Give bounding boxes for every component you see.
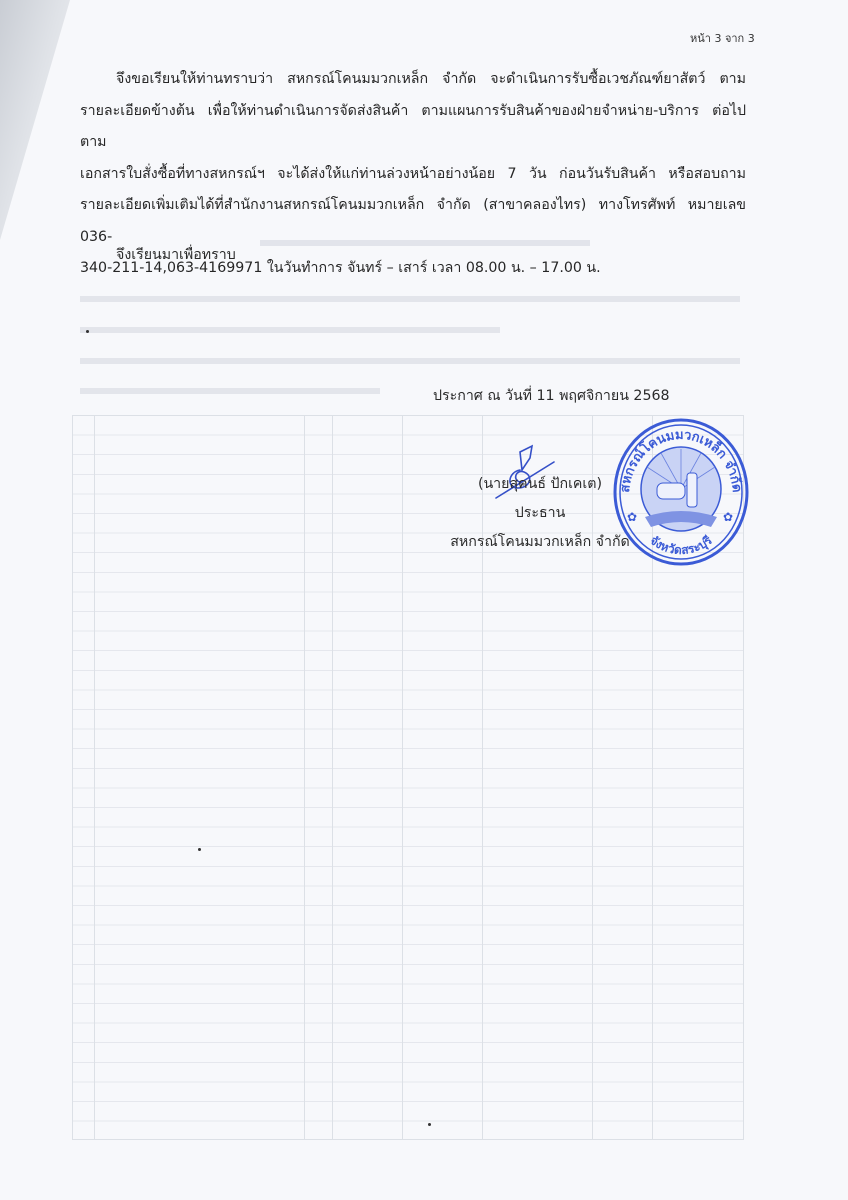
body-line: รายละเอียดข้างต้น เพื่อให้ท่านดำเนินการจ… [80, 96, 746, 159]
bleed-through-line [80, 327, 500, 333]
bleed-through-line [80, 358, 740, 364]
body-line: จึงขอเรียนให้ท่านทราบว่า สหกรณ์โคนมมวกเห… [80, 64, 746, 96]
bleed-through-line [80, 388, 380, 394]
scan-speck [198, 848, 201, 851]
svg-text:✿: ✿ [627, 510, 637, 524]
scan-speck [428, 1123, 431, 1126]
page-number: หน้า 3 จาก 3 [690, 29, 755, 47]
announcement-date: ประกาศ ณ วันที่ 11 พฤศจิกายน 2568 [433, 385, 670, 407]
bleed-through-line [80, 296, 740, 302]
closing-phrase: จึงเรียนมาเพื่อทราบ [116, 244, 236, 266]
scan-speck [86, 330, 89, 333]
cooperative-seal-icon: สหกรณ์โคนมมวกเหล็ก จำกัด จังหวัดสระบุรี … [611, 417, 749, 567]
body-line: เอกสารใบสั่งซื้อที่ทางสหกรณ์ฯ จะได้ส่งให… [80, 159, 746, 191]
page-fold-shadow [0, 0, 70, 240]
svg-text:✿: ✿ [723, 510, 733, 524]
